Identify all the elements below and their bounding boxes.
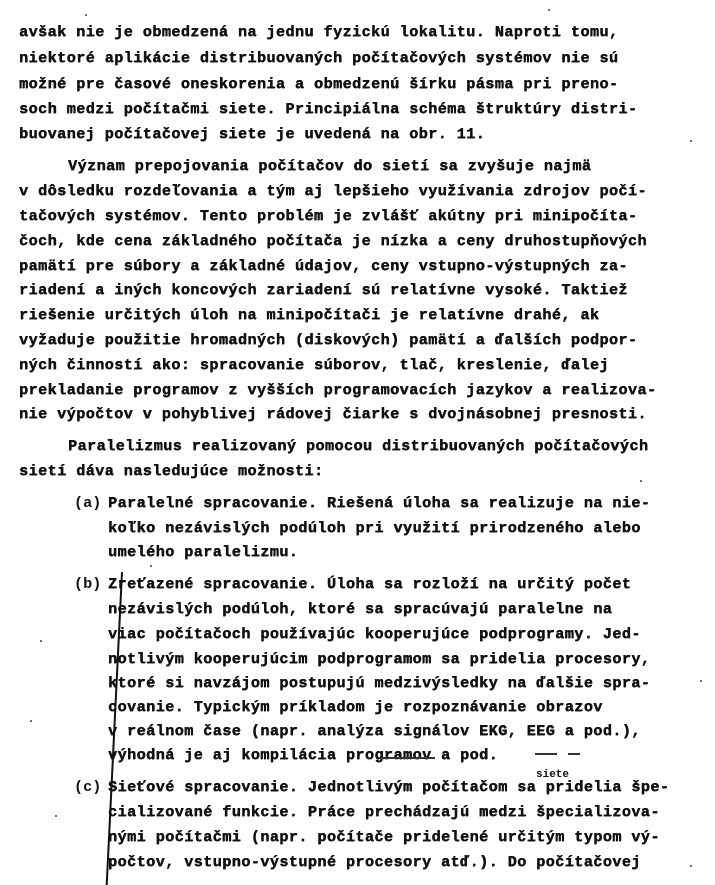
- paragraph-2-line-6: riadení a iných koncových zariadení sú r…: [19, 281, 628, 299]
- list-item-c-line-1: Sieťové spracovanie. Jednotlivým počítač…: [108, 778, 669, 796]
- paragraph-2-line-1: Význam prepojovania počítačov do sietí s…: [68, 157, 591, 175]
- paragraph-2-line-9: ných činností ako: spracovanie súborov, …: [19, 356, 609, 374]
- paragraph-1-line-1: avšak nie je obmedzená na jednu fyzickú …: [19, 23, 618, 41]
- strike-mark: [568, 753, 580, 755]
- paragraph-1-line-5: buovanej počítačovej siete je uvedená na…: [19, 125, 485, 143]
- scan-speck: [30, 720, 32, 722]
- list-item-a-label: (a): [74, 494, 101, 512]
- scan-speck: [690, 865, 692, 867]
- scan-speck: [700, 680, 702, 682]
- scan-speck: [548, 9, 550, 11]
- scanned-document-page: avšak nie je obmedzená na jednu fyzickú …: [0, 0, 715, 885]
- scan-speck: [690, 140, 692, 142]
- list-item-a-line-3: umelého paralelizmu.: [108, 543, 298, 561]
- scan-speck: [55, 815, 57, 817]
- paragraph-1-line-4: soch medzi počítačmi siete. Principiálna…: [19, 100, 637, 118]
- list-item-b-line-8: výhodná je aj kompilácia programov a pod…: [108, 746, 498, 764]
- list-item-a-line-2: koľko nezávislých podúloh pri využití pr…: [108, 519, 641, 537]
- paragraph-1-line-2: niektoré aplikácie distribuovaných počít…: [19, 49, 618, 67]
- list-item-b-line-1: Zreťazené spracovanie. Úloha sa rozloží …: [108, 575, 631, 593]
- list-item-c-line-2: cializované funkcie. Práce prechádzajú m…: [108, 803, 660, 821]
- list-item-b-line-3: viac počítačoch používajúc kooperujúce p…: [108, 625, 641, 643]
- list-item-b-line-2: nezávislých podúloh, ktoré sa spracúvajú…: [108, 600, 612, 618]
- list-item-b-line-7: v reálnom čase (napr. analýza signálov E…: [108, 722, 641, 740]
- list-item-b-line-5: ktoré si navzájom postupujú medzivýsledk…: [108, 674, 650, 692]
- paragraph-2-line-5: pamätí pre súbory a základné údajov, cen…: [19, 257, 628, 275]
- list-item-b-label: (b): [74, 575, 101, 593]
- list-item-c-line-3: nými počítačmi (napr. počítače pridelené…: [108, 828, 660, 846]
- paragraph-2-line-2: v dôsledku rozdeľovania a tým aj lepšieh…: [19, 182, 647, 200]
- paragraph-2-line-7: riešenie určitých úloh na minipočítači j…: [19, 306, 599, 324]
- paragraph-3-line-2: sietí dáva nasledujúce možnosti:: [19, 462, 323, 480]
- scan-speck: [640, 480, 642, 482]
- paragraph-2-line-4: čoch, kde cena základného počítača je ní…: [19, 232, 647, 250]
- list-item-b-line-6: covanie. Typickým príkladom je rozpoznáv…: [108, 698, 603, 716]
- strike-mark: [535, 753, 557, 755]
- paragraph-2-line-10: prekladanie programov z vyšších programo…: [19, 381, 656, 399]
- paragraph-3-line-1: Paralelizmus realizovaný pomocou distrib…: [68, 437, 648, 455]
- list-item-c-line-4: počtov, vstupno-výstupné procesory atď.)…: [108, 853, 641, 871]
- scan-speck: [85, 14, 87, 16]
- paragraph-2-line-3: tačových systémov. Tento problém je zvlá…: [19, 207, 637, 225]
- list-item-b-line-4: notlivým kooperujúcim podprogramom sa pr…: [108, 650, 650, 668]
- paragraph-2-line-8: vyžaduje použitie hromadných (diskových)…: [19, 331, 637, 349]
- list-item-c-label: (c): [74, 778, 101, 796]
- strike-mark: [380, 757, 435, 759]
- paragraph-2-line-11: nie výpočtov v pohyblivej rádovej čiarke…: [19, 405, 647, 423]
- scan-speck: [40, 640, 42, 642]
- scan-speck: [150, 565, 152, 567]
- paragraph-1-line-3: možné pre časové oneskorenia a obmedzenú…: [19, 75, 618, 93]
- list-item-a-line-1: Paralelné spracovanie. Riešená úloha sa …: [108, 494, 650, 512]
